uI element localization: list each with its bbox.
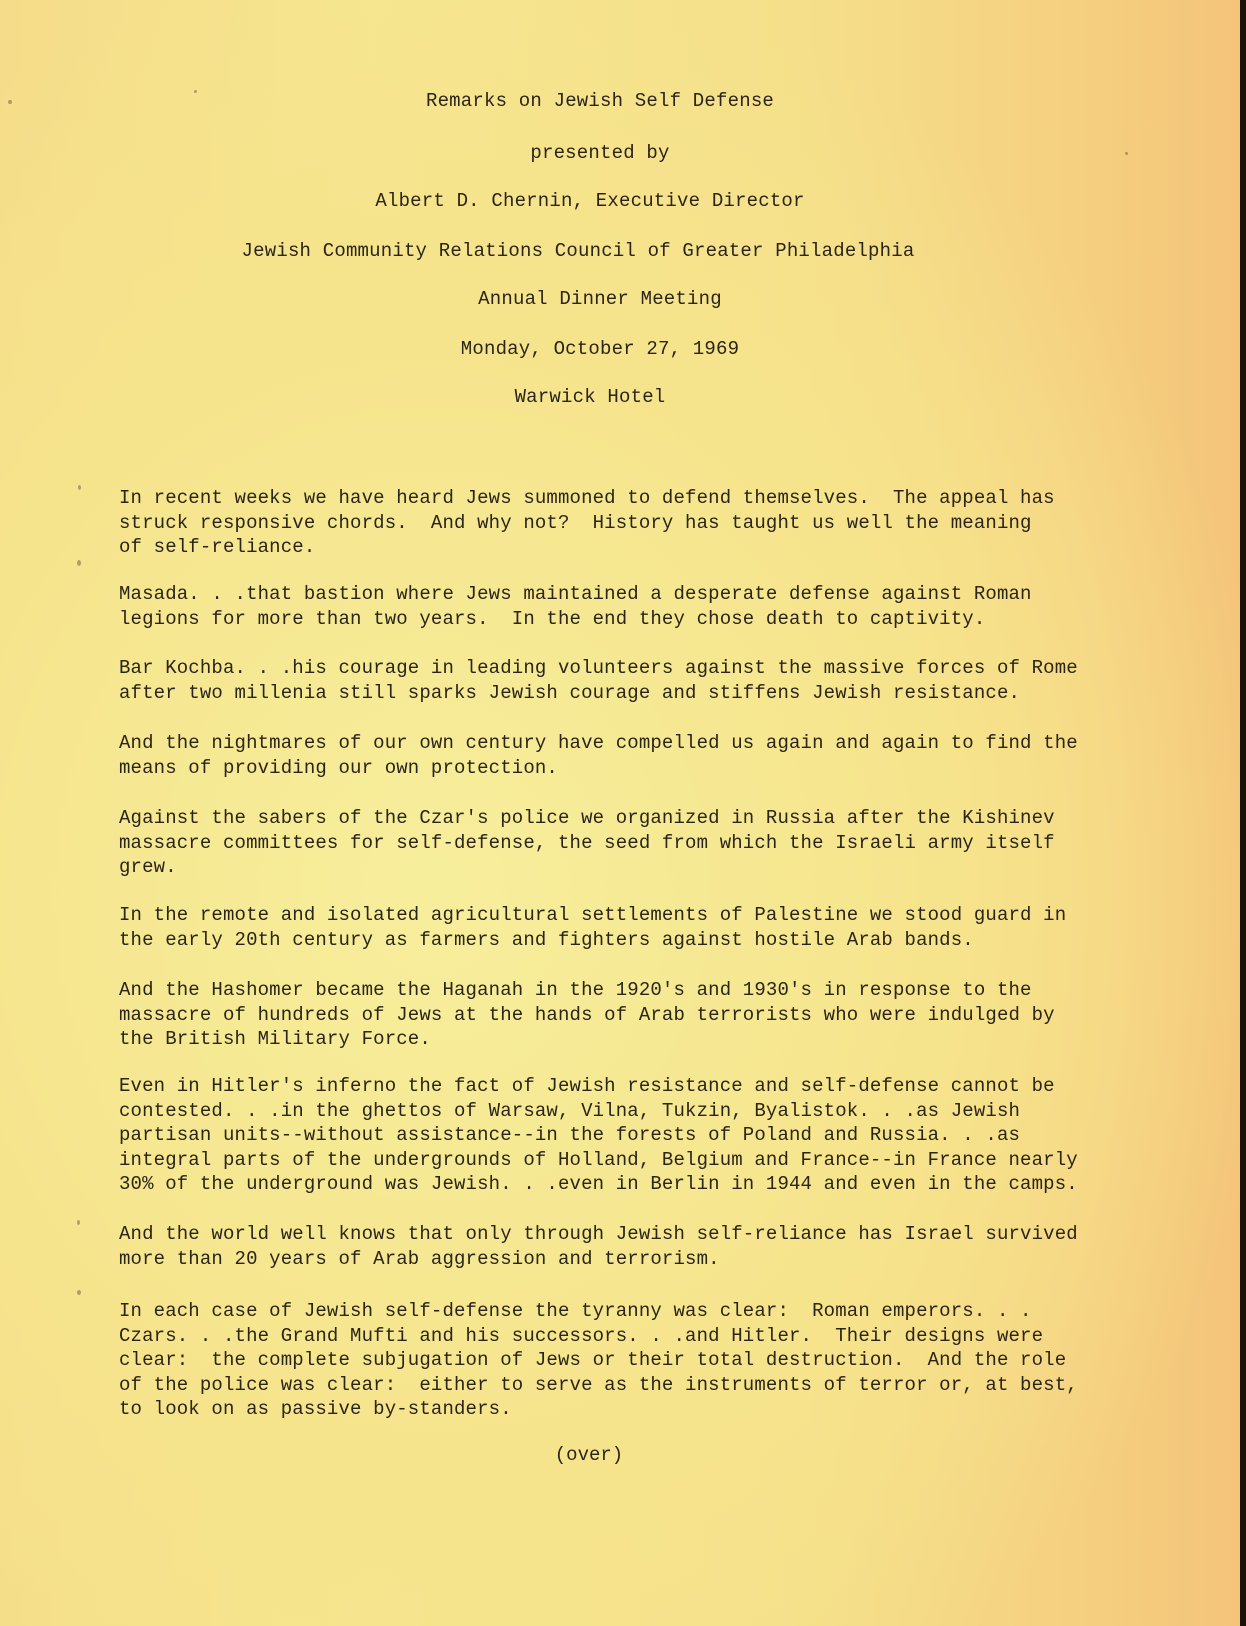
text-line: partisan units--without assistance--in t… [119,1123,1119,1148]
text-line: In recent weeks we have heard Jews summo… [119,486,1119,511]
text-line: the British Military Force. [119,1027,1119,1052]
presented-by-label: presented by [0,142,1200,164]
paper-speck [78,485,81,490]
text-line: In each case of Jewish self-defense the … [119,1299,1119,1324]
speaker-name: Albert D. Chernin, Executive Director [0,190,1190,212]
paper-speck [194,90,197,93]
event-venue: Warwick Hotel [0,386,1190,408]
document-title: Remarks on Jewish Self Defense [0,90,1200,112]
text-line: And the Hashomer became the Haganah in t… [119,978,1119,1003]
paragraph: Bar Kochba. . .his courage in leading vo… [119,656,1119,705]
paragraph: Even in Hitler's inferno the fact of Jew… [119,1074,1119,1197]
paragraph: In each case of Jewish self-defense the … [119,1299,1119,1422]
paper-speck [77,1220,80,1225]
text-line: of the police was clear: either to serve… [119,1373,1119,1398]
text-line: Bar Kochba. . .his courage in leading vo… [119,656,1119,681]
text-line: clear: the complete subjugation of Jews … [119,1348,1119,1373]
paper-speck [77,560,81,566]
text-line: means of providing our own protection. [119,756,1119,781]
continuation-note: (over) [0,1444,1178,1466]
paragraph: And the nightmares of our own century ha… [119,731,1119,780]
text-line: integral parts of the undergrounds of Ho… [119,1148,1119,1173]
text-line: And the nightmares of our own century ha… [119,731,1119,756]
event-name: Annual Dinner Meeting [0,288,1200,310]
text-line: grew. [119,855,1119,880]
text-line: In the remote and isolated agricultural … [119,903,1119,928]
paragraph: Against the sabers of the Czar's police … [119,806,1119,880]
paragraph: And the world well knows that only throu… [119,1222,1119,1271]
paragraph: In the remote and isolated agricultural … [119,903,1119,952]
text-line: struck responsive chords. And why not? H… [119,511,1119,536]
text-line: Masada. . .that bastion where Jews maint… [119,582,1119,607]
text-line: after two millenia still sparks Jewish c… [119,681,1119,706]
paper-speck [1125,152,1128,155]
paragraph: Masada. . .that bastion where Jews maint… [119,582,1119,631]
text-line: contested. . .in the ghettos of Warsaw, … [119,1099,1119,1124]
text-line: 30% of the underground was Jewish. . .ev… [119,1172,1119,1197]
text-line: massacre committees for self-defense, th… [119,831,1119,856]
paragraph: And the Hashomer became the Haganah in t… [119,978,1119,1052]
organization-name: Jewish Community Relations Council of Gr… [0,240,1178,262]
document-page: Remarks on Jewish Self Defense presented… [0,0,1240,1626]
paper-speck [77,1290,81,1295]
paragraph: In recent weeks we have heard Jews summo… [119,486,1119,560]
text-line: the early 20th century as farmers and fi… [119,928,1119,953]
paper-speck [8,100,12,104]
text-line: more than 20 years of Arab aggression an… [119,1247,1119,1272]
event-date: Monday, October 27, 1969 [0,338,1200,360]
text-line: Against the sabers of the Czar's police … [119,806,1119,831]
text-line: of self-reliance. [119,535,1119,560]
text-line: Even in Hitler's inferno the fact of Jew… [119,1074,1119,1099]
text-line: Czars. . .the Grand Mufti and his succes… [119,1324,1119,1349]
text-line: massacre of hundreds of Jews at the hand… [119,1003,1119,1028]
text-line: legions for more than two years. In the … [119,607,1119,632]
text-line: And the world well knows that only throu… [119,1222,1119,1247]
text-line: to look on as passive by-standers. [119,1397,1119,1422]
